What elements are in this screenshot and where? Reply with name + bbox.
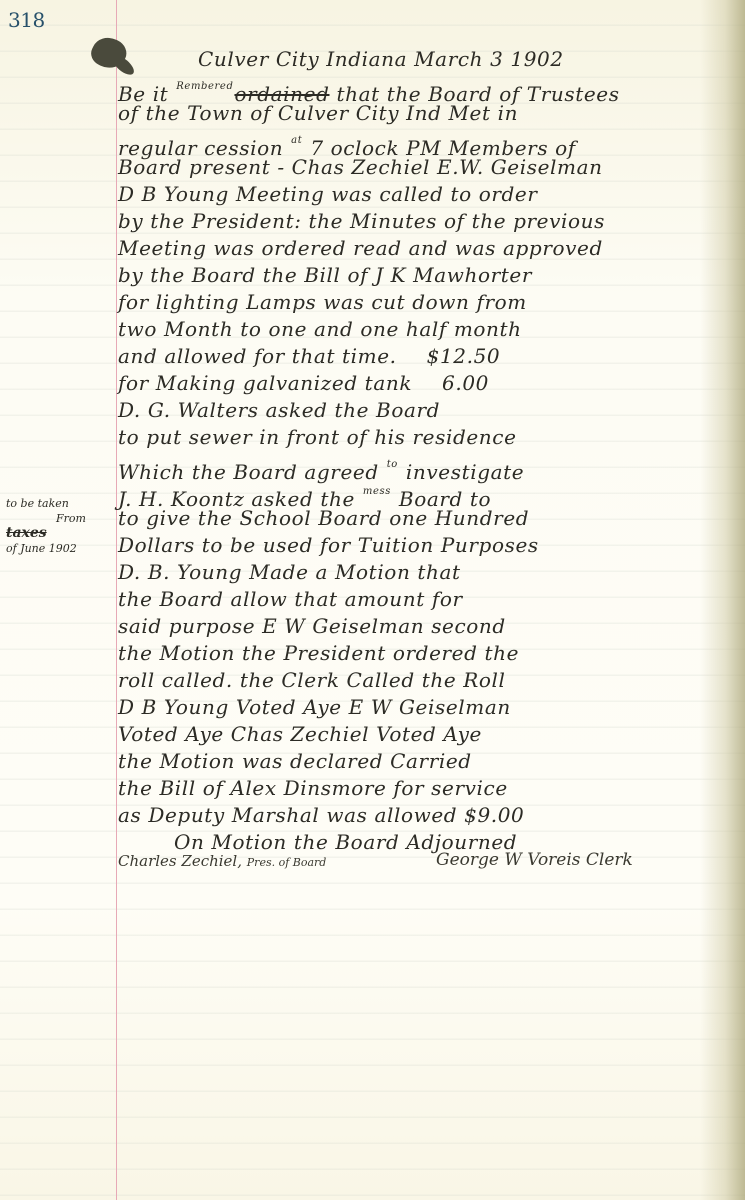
entry-line: said purpose E W Geiselman second bbox=[118, 613, 718, 640]
entry-line: as Deputy Marshal was allowed $9.00 bbox=[118, 802, 718, 829]
line-text: for Making galvanized tank bbox=[118, 371, 412, 395]
entry-line: regular cession at 7 oclock PM Members o… bbox=[118, 127, 718, 154]
margin-note-line: of June 1902 bbox=[6, 541, 114, 556]
entry-line: by the Board the Bill of J K Mawhorter bbox=[118, 262, 718, 289]
entry-line: Which the Board agreed to investigate bbox=[118, 451, 718, 478]
clerk-signature: George W Voreis Clerk bbox=[436, 850, 633, 870]
minutes-entry: Culver City Indiana March 3 1902 Be it R… bbox=[118, 46, 718, 856]
entry-line: roll called. the Clerk Called the Roll bbox=[118, 667, 718, 694]
margin-rule bbox=[116, 0, 117, 1200]
insertion-text: at bbox=[291, 135, 302, 146]
page-number: 318 bbox=[8, 8, 45, 32]
line-text: and allowed for that time. bbox=[118, 344, 397, 368]
entry-line: D B Young Meeting was called to order bbox=[118, 181, 718, 208]
insertion-text: Rembered bbox=[176, 81, 233, 92]
insertion-text: to bbox=[387, 459, 398, 470]
entry-heading: Culver City Indiana March 3 1902 bbox=[118, 46, 718, 73]
president-signature: Charles Zechiel, Pres. of Board bbox=[118, 852, 326, 870]
entry-line: and allowed for that time.$12.50 bbox=[118, 343, 718, 370]
entry-line: D B Young Voted Aye E W Geiselman bbox=[118, 694, 718, 721]
entry-line: the Motion was declared Carried bbox=[118, 748, 718, 775]
entry-line: D. G. Walters asked the Board bbox=[118, 397, 718, 424]
entry-line: Voted Aye Chas Zechiel Voted Aye bbox=[118, 721, 718, 748]
margin-note-line: to be taken bbox=[6, 496, 114, 511]
insertion-text: mess bbox=[363, 486, 391, 497]
entry-line: for lighting Lamps was cut down from bbox=[118, 289, 718, 316]
entry-line: D. B. Young Made a Motion that bbox=[118, 559, 718, 586]
amount: 6.00 bbox=[442, 370, 489, 397]
entry-line: Dollars to be used for Tuition Purposes bbox=[118, 532, 718, 559]
entry-line: the Board allow that amount for bbox=[118, 586, 718, 613]
entry-line: Meeting was ordered read and was approve… bbox=[118, 235, 718, 262]
entry-line: two Month to one and one half month bbox=[118, 316, 718, 343]
president-title: Pres. of Board bbox=[247, 856, 327, 869]
president-name: Charles Zechiel, bbox=[118, 852, 242, 870]
entry-line: for Making galvanized tank6.00 bbox=[118, 370, 718, 397]
entry-line: of the Town of Culver City Ind Met in bbox=[118, 100, 718, 127]
entry-line: the Motion the President ordered the bbox=[118, 640, 718, 667]
entry-line: by the President: the Minutes of the pre… bbox=[118, 208, 718, 235]
entry-line: Board present - Chas Zechiel E.W. Geisel… bbox=[118, 154, 718, 181]
margin-note-line: taxes bbox=[6, 526, 114, 541]
entry-line: to put sewer in front of his residence bbox=[118, 424, 718, 451]
entry-line: Be it Remberedordained that the Board of… bbox=[118, 73, 718, 100]
ledger-page: 318 Culver City Indiana March 3 1902 Be … bbox=[0, 0, 745, 1200]
amount: $12.50 bbox=[427, 343, 501, 370]
margin-note-line: From bbox=[6, 511, 114, 526]
entry-line: to give the School Board one Hundred bbox=[118, 505, 718, 532]
entry-line: J. H. Koontz asked the mess Board to bbox=[118, 478, 718, 505]
margin-annotation: to be taken From taxes of June 1902 bbox=[6, 496, 114, 556]
entry-line: the Bill of Alex Dinsmore for service bbox=[118, 775, 718, 802]
